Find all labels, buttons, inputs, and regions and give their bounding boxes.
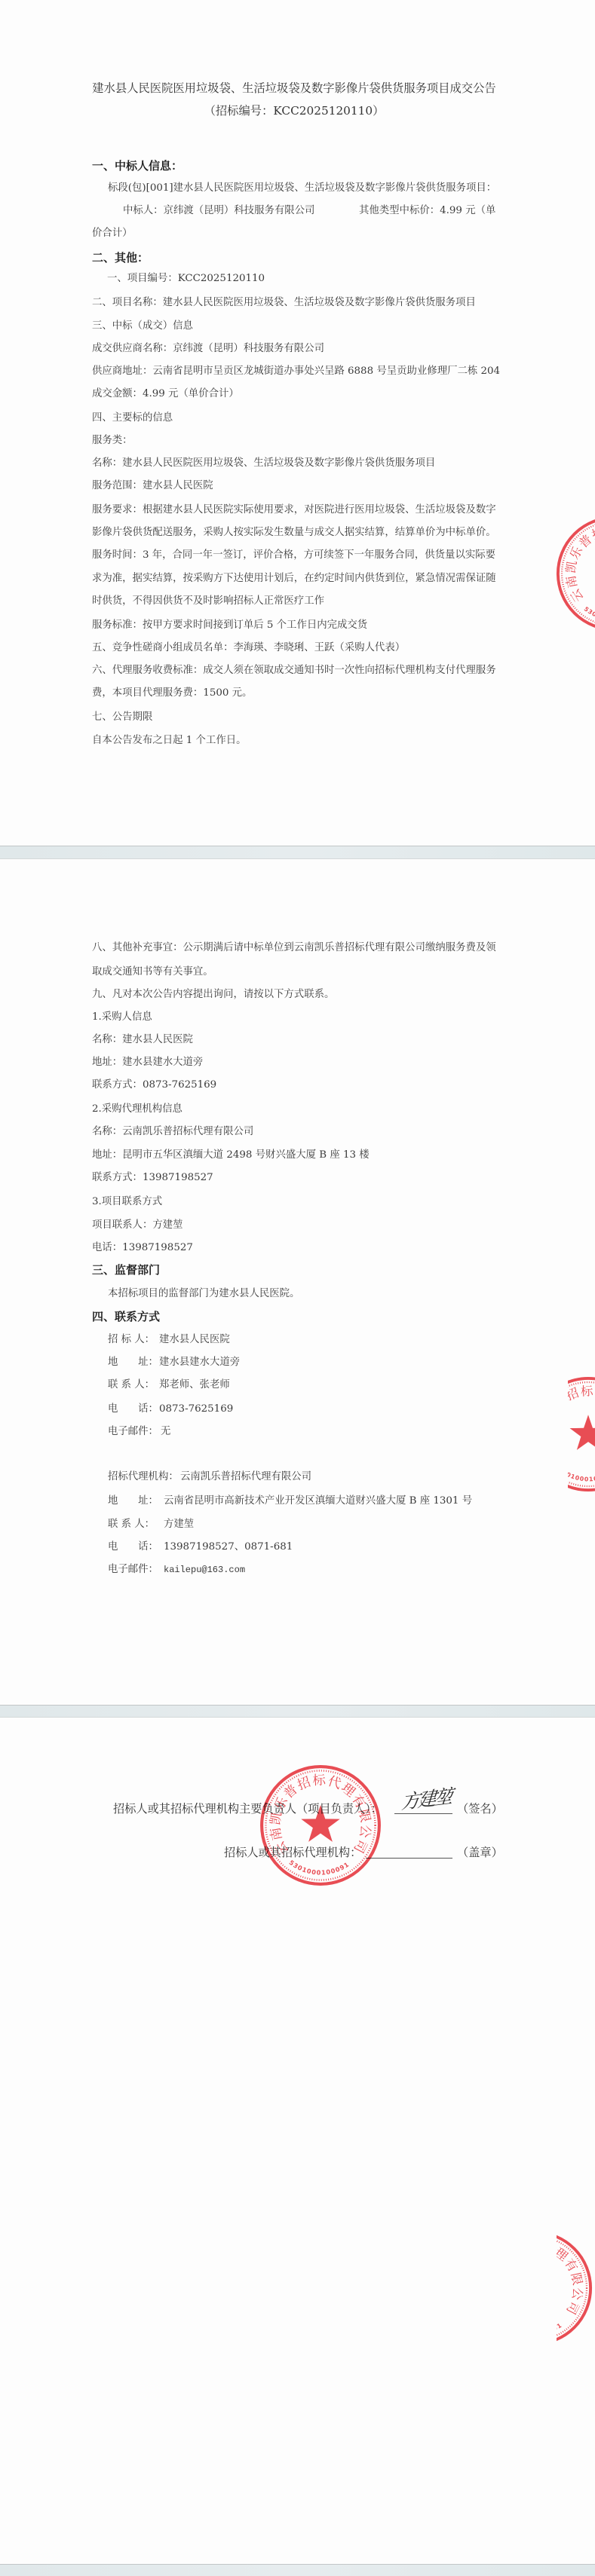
- contact-label: 招 标 人：: [108, 1333, 155, 1347]
- winning-price-cont: 价合计）: [92, 227, 133, 240]
- service-time-cont: 求为准，据实结算，按采购方下达使用计划后，在约定时间内供货到位，紧急情况需保证随: [92, 572, 496, 586]
- contact-label: 招标代理机构：: [108, 1470, 179, 1484]
- section-heading-supervision: 三、监督部门: [92, 1262, 160, 1277]
- supplier-name: 成交供应商名称：京纬渡（昆明）科技服务有限公司: [92, 342, 324, 356]
- contact-label: 电子邮件：: [108, 1425, 158, 1439]
- agency-fee: 六、代理服务收费标准：成交人须在领取成交通知书时一次性向招标代理机构支付代理服务: [92, 664, 496, 678]
- stamp-suffix: （盖章）: [457, 1845, 503, 1860]
- company-seal: 云南凯乐普招标代理有限公司 5301000100091: [259, 1764, 382, 1887]
- signature-suffix: （签名）: [457, 1801, 503, 1816]
- page-separator: [0, 846, 595, 859]
- supervision-text: 本招标项目的监督部门为建水县人民医院。: [108, 1287, 299, 1301]
- service-scope: 服务范围：建水县人民医院: [92, 479, 213, 493]
- agency-contact-address: 云南省昆明市高新技术产业开发区滇缅大道财兴盛大厦 B 座 1301 号: [164, 1495, 472, 1508]
- svg-text:5301000100091: 5301000100091: [288, 1859, 351, 1877]
- page-1: 建水县人民医院医用垃圾袋、生活垃圾袋及数字影像片袋供货服务项目成交公告 （招标编…: [0, 0, 595, 846]
- service-time-cont-2: 时供货，不得因供货不及时影响招标人正常医疗工作: [92, 595, 324, 608]
- tenderer-name: 建水县人民医院: [159, 1333, 230, 1347]
- service-requirements-cont: 影像片袋供货配送服务，采购人按实际发生数量与成交人据实结算，结算单价为中标单价。: [92, 526, 496, 540]
- agency-fee-cont: 费，本项目代理服务费：1500 元。: [92, 687, 252, 700]
- purchaser-address: 地址：建水县建水大道旁: [92, 1056, 203, 1069]
- company-seal: 云南凯乐普招标代理有限公司 5301000100091: [555, 515, 595, 632]
- winner-name: 中标人：京纬渡（昆明）科技服务有限公司: [123, 204, 314, 218]
- contact-label: 地 址：: [108, 1356, 158, 1369]
- project-contact-person: 项目联系人：方建堃: [92, 1219, 183, 1232]
- agency-phone: 联系方式：13987198527: [92, 1171, 213, 1185]
- contact-label: 联 系 人：: [108, 1378, 155, 1392]
- inquiry-note: 九、凡对本次公告内容提出询问，请按以下方式联系。: [92, 988, 334, 1002]
- page-separator: [0, 1705, 595, 1718]
- seal-text: 云南凯乐普招标代理有限公司: [563, 523, 595, 604]
- section-heading-winner-info: 一、中标人信息：: [92, 158, 182, 173]
- project-number: 一、项目编号：KCC2025120110: [107, 272, 265, 286]
- page-separator: [0, 2564, 595, 2576]
- star-icon: [301, 1805, 339, 1842]
- service-name: 名称：建水县人民医院医用垃圾袋、生活垃圾袋及数字影像片袋供货服务项目: [92, 457, 435, 470]
- lot-line: 标段(包)[001]建水县人民医院医用垃圾袋、生活垃圾袋及数字影像片袋供货服务项…: [108, 182, 496, 195]
- service-category: 服务类：: [92, 434, 133, 448]
- agency-contact-email: kailepu@163.com: [164, 1563, 245, 1577]
- svg-text:云南凯乐普招标代理有限公司: 云南凯乐普招标代理有限公司: [563, 523, 595, 604]
- agency-info-heading: 2.采购代理机构信息: [92, 1103, 182, 1116]
- contact-label: 电 话：: [108, 1540, 158, 1554]
- seal-number: 5301000100091: [557, 2320, 563, 2336]
- seal-number: 5301000100091: [568, 1466, 595, 1482]
- tenderer-email: 无: [161, 1425, 170, 1439]
- notice-period-heading: 七、公告期限: [92, 711, 152, 724]
- seam-seal-part-3: 云南凯乐普招标代理有限公司 5301000100091: [557, 2230, 595, 2347]
- page-3: 招标人或其招标代理机构主要负责人（项目负责人）： 方建堃 （签名） 招标人或其招…: [0, 1718, 595, 2564]
- handwritten-signature: 方建堃: [400, 1785, 452, 1815]
- other-matters: 八、其他补充事宜：公示期满后请中标单位到云南凯乐普招标代理有限公司缴纳服务费及领: [92, 941, 496, 955]
- company-seal: 云南凯乐普招标代理有限公司 5301000100091: [568, 1375, 595, 1493]
- section-heading-other: 二、其他：: [92, 250, 149, 265]
- contact-label: 电 话：: [108, 1403, 158, 1416]
- winning-price: 其他类型中标价：4.99 元（单: [359, 204, 495, 218]
- service-time: 服务时间：3 年，合同一年一签订，评价合格，方可续签下一年服务合同，供货量以实际…: [92, 549, 495, 562]
- project-name: 二、项目名称：建水县人民医院医用垃圾袋、生活垃圾袋及数字影像片袋供货服务项目: [92, 296, 476, 310]
- svg-text:5301000100091: 5301000100091: [568, 1466, 595, 1482]
- subject-info-heading: 四、主要标的信息: [92, 411, 173, 425]
- contact-label: 电子邮件：: [108, 1563, 158, 1577]
- star-icon: [570, 1415, 595, 1450]
- company-seal: 云南凯乐普招标代理有限公司 5301000100091: [557, 2230, 593, 2347]
- agency-contact-phone: 13987198527、0871-681: [164, 1540, 293, 1554]
- other-matters-cont: 取成交通知书等有关事宜。: [92, 965, 213, 979]
- seam-seal-part-1: 云南凯乐普招标代理有限公司 5301000100091: [555, 512, 595, 641]
- agency-contact-person: 方建堃: [164, 1518, 194, 1531]
- supplier-address: 供应商地址：云南省昆明市呈贡区龙城街道办事处兴呈路 6888 号呈贡助业修理厂二…: [92, 365, 500, 378]
- award-info-heading: 三、中标（成交）信息: [92, 320, 193, 333]
- tenderer-phone: 0873-7625169: [159, 1403, 233, 1416]
- notice-title: 建水县人民医院医用垃圾袋、生活垃圾袋及数字影像片袋供货服务项目成交公告: [92, 81, 496, 96]
- project-contact-heading: 3.项目联系方式: [92, 1195, 162, 1209]
- document-viewer[interactable]: 建水县人民医院医用垃圾袋、生活垃圾袋及数字影像片袋供货服务项目成交公告 （招标编…: [0, 0, 595, 2576]
- tenderer-address: 建水县建水大道旁: [159, 1356, 240, 1369]
- tenderer-contact-person: 郑老师、张老师: [159, 1378, 230, 1392]
- award-amount: 成交金额：4.99 元（单价合计）: [92, 387, 239, 401]
- page-2: 八、其他补充事宜：公示期满后请中标单位到云南凯乐普招标代理有限公司缴纳服务费及领…: [0, 859, 595, 1705]
- svg-text:5301000100091: 5301000100091: [557, 2320, 563, 2336]
- panel-members: 五、竞争性磋商小组成员名单：李海瑛、李晓琍、王跃（采购人代表）: [92, 641, 405, 655]
- purchaser-phone: 联系方式：0873-7625169: [92, 1078, 216, 1092]
- contact-label: 联 系 人：: [108, 1518, 155, 1531]
- bid-number: （招标编号：KCC2025120110）: [92, 103, 496, 118]
- purchaser-info-heading: 1.采购人信息: [92, 1011, 152, 1024]
- project-contact-phone: 电话：13987198527: [92, 1241, 193, 1255]
- purchaser-name: 名称：建水县人民医院: [92, 1033, 193, 1047]
- seal-number: 5301000100091: [288, 1859, 351, 1877]
- agency-name: 名称：云南凯乐普招标代理有限公司: [92, 1125, 253, 1139]
- service-requirements: 服务要求：根据建水县人民医院实际使用要求，对医院进行医用垃圾袋、生活垃圾袋及数字: [92, 503, 496, 517]
- agency-address: 地址：昆明市五华区滇缅大道 2498 号财兴盛大厦 B 座 13 楼: [92, 1149, 370, 1162]
- agency-contact-name: 云南凯乐普招标代理有限公司: [180, 1470, 311, 1484]
- service-standard: 服务标准：按甲方要求时间接到订单后 5 个工作日内完成交货: [92, 619, 367, 632]
- notice-period: 自本公告发布之日起 1 个工作日。: [92, 734, 247, 748]
- section-heading-contact: 四、联系方式: [92, 1309, 160, 1324]
- contact-label: 地 址：: [108, 1495, 158, 1508]
- seam-seal-part-2: 云南凯乐普招标代理有限公司 5301000100091: [568, 1372, 595, 1500]
